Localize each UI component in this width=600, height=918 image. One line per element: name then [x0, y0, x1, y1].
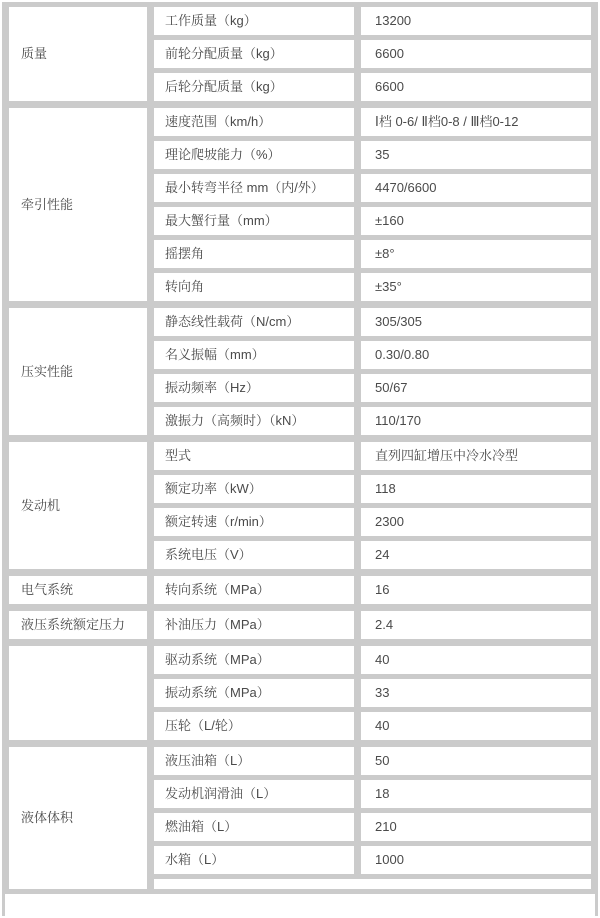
- spec-table-section-hydraulic-pressure: 液压系统额定压力 补油压力（MPa） 2.4: [2, 606, 598, 644]
- spec-value: 13200: [361, 7, 591, 35]
- table-row: 液体体积 液压油箱（L） 50: [9, 747, 591, 775]
- spec-table-section-engine: 发动机 型式 直列四缸增压中冷水冷型 额定功率（kW） 118 额定转速（r/m…: [2, 437, 598, 574]
- spec-value: 2.4: [361, 611, 591, 639]
- group-label: 发动机: [9, 442, 147, 569]
- spec-value: ±35°: [361, 273, 591, 301]
- spec-label: 速度范围（km/h）: [154, 108, 354, 136]
- spec-value: 24: [361, 541, 591, 569]
- spec-value: 4470/6600: [361, 174, 591, 202]
- spec-value: 118: [361, 475, 591, 503]
- table-row: 电气系统 转向系统（MPa） 16: [9, 576, 591, 604]
- spec-value: Ⅰ档 0-6/ Ⅱ档0-8 / Ⅲ档0-12: [361, 108, 591, 136]
- spec-value: 35: [361, 141, 591, 169]
- spec-table-section-electrical: 电气系统 转向系统（MPa） 16: [2, 571, 598, 609]
- spec-table-section-traction: 牵引性能 速度范围（km/h） Ⅰ档 0-6/ Ⅱ档0-8 / Ⅲ档0-12 理…: [2, 103, 598, 306]
- table-row: 质量 工作质量（kg） 13200: [9, 7, 591, 35]
- spec-label: 额定转速（r/min）: [154, 508, 354, 536]
- table-row: 压实性能 静态线性载荷（N/cm） 305/305: [9, 308, 591, 336]
- spec-value: 50/67: [361, 374, 591, 402]
- group-label: 压实性能: [9, 308, 147, 435]
- spec-value: 直列四缸增压中冷水冷型: [361, 442, 591, 470]
- spec-value: 33: [361, 679, 591, 707]
- spec-value: 210: [361, 813, 591, 841]
- spec-label: 水箱（L）: [154, 846, 354, 874]
- group-label: 电气系统: [9, 576, 147, 604]
- group-label: 牵引性能: [9, 108, 147, 301]
- spec-label: 最大蟹行量（mm）: [154, 207, 354, 235]
- spec-label: 系统电压（V）: [154, 541, 354, 569]
- table-row: 驱动系统（MPa） 40: [9, 646, 591, 674]
- spec-value: 2300: [361, 508, 591, 536]
- spec-label: 燃油箱（L）: [154, 813, 354, 841]
- group-label: 液体体积: [9, 747, 147, 889]
- spec-value: 6600: [361, 73, 591, 101]
- spec-label: 补油压力（MPa）: [154, 611, 354, 639]
- spec-value: 1000: [361, 846, 591, 874]
- table-row: 发动机 型式 直列四缸增压中冷水冷型: [9, 442, 591, 470]
- spec-label: 振动系统（MPa）: [154, 679, 354, 707]
- spec-label: 名义振幅（mm）: [154, 341, 354, 369]
- spec-label: 驱动系统（MPa）: [154, 646, 354, 674]
- spec-value: 110/170: [361, 407, 591, 435]
- group-label-empty: [9, 646, 147, 740]
- spec-value: 18: [361, 780, 591, 808]
- spec-label: 后轮分配质量（kg）: [154, 73, 354, 101]
- spec-label: 额定功率（kW）: [154, 475, 354, 503]
- spec-value: 40: [361, 646, 591, 674]
- spec-value: 305/305: [361, 308, 591, 336]
- spec-value: 16: [361, 576, 591, 604]
- spec-label: 发动机润滑油（L）: [154, 780, 354, 808]
- spec-label: 转向系统（MPa）: [154, 576, 354, 604]
- spec-value: 40: [361, 712, 591, 740]
- spec-page: 质量 工作质量（kg） 13200 前轮分配质量（kg） 6600 后轮分配质量…: [0, 0, 600, 918]
- spec-value: ±160: [361, 207, 591, 235]
- spec-value: 6600: [361, 40, 591, 68]
- spec-value: ±8°: [361, 240, 591, 268]
- spec-value: 0.30/0.80: [361, 341, 591, 369]
- spec-label: 型式: [154, 442, 354, 470]
- spec-table-section-compaction: 压实性能 静态线性载荷（N/cm） 305/305 名义振幅（mm） 0.30/…: [2, 303, 598, 440]
- table-row: 液压系统额定压力 补油压力（MPa） 2.4: [9, 611, 591, 639]
- spec-label: 理论爬坡能力（%）: [154, 141, 354, 169]
- spec-label: 摇摆角: [154, 240, 354, 268]
- spec-table-section-mass: 质量 工作质量（kg） 13200 前轮分配质量（kg） 6600 后轮分配质量…: [2, 2, 598, 106]
- spec-label: 液压油箱（L）: [154, 747, 354, 775]
- spec-value: 50: [361, 747, 591, 775]
- spec-label: 工作质量（kg）: [154, 7, 354, 35]
- empty-spacer-cell: [154, 879, 591, 889]
- group-label: 质量: [9, 7, 147, 101]
- spec-label: 激振力（高频时）（kN）: [154, 407, 354, 435]
- spec-table-section-fluid-capacity: 液体体积 液压油箱（L） 50 发动机润滑油（L） 18 燃油箱（L） 210 …: [2, 742, 598, 894]
- spec-label: 前轮分配质量（kg）: [154, 40, 354, 68]
- spec-label: 振动频率（Hz）: [154, 374, 354, 402]
- spec-label: 最小转弯半径 mm（内/外）: [154, 174, 354, 202]
- spec-label: 转向角: [154, 273, 354, 301]
- next-table-fragment: [2, 894, 598, 916]
- spec-label: 压轮（L/轮）: [154, 712, 354, 740]
- group-label: 液压系统额定压力: [9, 611, 147, 639]
- spec-label: 静态线性载荷（N/cm）: [154, 308, 354, 336]
- spec-table-section-hydraulic-pressure-cont: 驱动系统（MPa） 40 振动系统（MPa） 33 压轮（L/轮） 40: [2, 641, 598, 745]
- table-row: 牵引性能 速度范围（km/h） Ⅰ档 0-6/ Ⅱ档0-8 / Ⅲ档0-12: [9, 108, 591, 136]
